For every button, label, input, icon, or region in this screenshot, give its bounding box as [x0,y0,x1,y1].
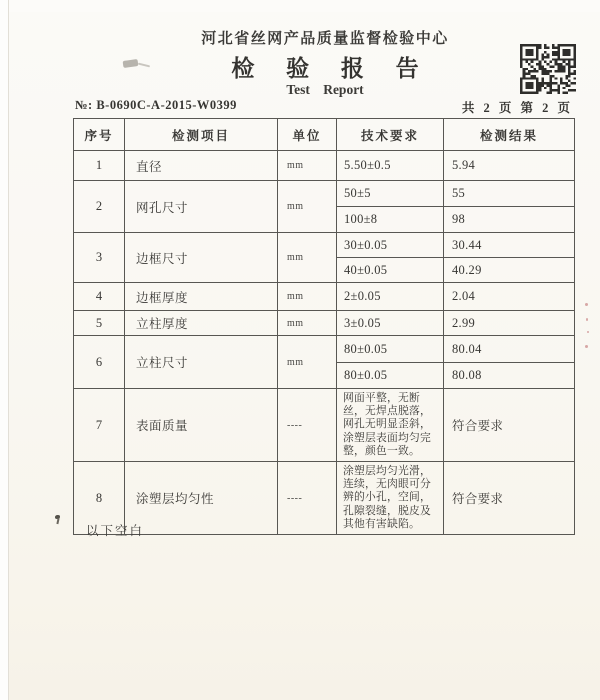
col-header-spec: 技术要求 [337,119,444,151]
red-speck [585,345,588,348]
row-no: 4 [74,283,125,311]
item-name: 表面质量 [125,389,278,462]
result-value: 98 [444,207,575,233]
scan-left-edge [0,0,9,700]
unit-value: ---- [278,462,337,535]
result-value: 5.94 [444,151,575,181]
table-row: 7 表面质量 ---- 网面平整，无断丝，无焊点脱落，网孔无明显歪斜，涂塑层表面… [74,389,575,462]
result-value: 30.44 [444,233,575,258]
table-row: 4 边框厚度 mm 2±0.05 2.04 [74,283,575,311]
unit-value: mm [278,336,337,389]
table-row: 8 涂塑层均匀性 ---- 涂塑层均匀光滑，连续，无肉眼可分辨的小孔，空间，孔隙… [74,462,575,535]
col-header-item: 检测项目 [125,119,278,151]
unit-value: mm [278,283,337,311]
report-number: №: B-0690C-A-2015-W0399 [75,98,237,113]
item-name: 边框厚度 [125,283,278,311]
spec-value: 50±5 [337,181,444,207]
red-speck [586,318,588,321]
item-name: 涂塑层均匀性 [125,462,278,535]
col-header-unit: 单位 [278,119,337,151]
result-value: 符合要求 [444,389,575,462]
item-name: 立柱厚度 [125,311,278,336]
table-header-row: 序号 检测项目 单位 技术要求 检测结果 [74,119,575,151]
spec-value: 3±0.05 [337,311,444,336]
result-value: 符合要求 [444,462,575,535]
table-row: 1 直径 mm 5.50±0.5 5.94 [74,151,575,181]
row-no: 7 [74,389,125,462]
unit-value: mm [278,181,337,233]
item-name: 直径 [125,151,278,181]
scan-top-strip [0,0,600,12]
table-row: 6 立柱尺寸 mm 80±0.05 80.04 [74,336,575,363]
row-no: 1 [74,151,125,181]
unit-value: mm [278,311,337,336]
result-value: 2.99 [444,311,575,336]
item-name: 网孔尺寸 [125,181,278,233]
table-row: 5 立柱厚度 mm 3±0.05 2.99 [74,311,575,336]
spec-value: 80±0.05 [337,363,444,389]
spec-value: 30±0.05 [337,233,444,258]
row-no: 3 [74,233,125,283]
row-no: 2 [74,181,125,233]
pen-mark [53,514,61,524]
result-value: 40.29 [444,258,575,283]
spec-value: 100±8 [337,207,444,233]
item-name: 边框尺寸 [125,233,278,283]
unit-value: ---- [278,389,337,462]
item-name: 立柱尺寸 [125,336,278,389]
pen-mark-stem [56,518,59,524]
report-title: 检 验 报 告 [75,50,575,83]
col-header-no: 序号 [74,119,125,151]
scanned-paper: 河北省丝网产品质量监督检验中心 检 验 报 告 Test Report №: B… [0,0,600,700]
spec-value: 涂塑层均匀光滑，连续，无肉眼可分辨的小孔，空间，孔隙裂缝，脱皮及其他有害缺陷。 [337,462,444,535]
result-value: 80.04 [444,336,575,363]
result-value: 80.08 [444,363,575,389]
table-row: 3 边框尺寸 mm 30±0.05 30.44 [74,233,575,258]
qr-code-icon [520,44,576,94]
row-no: 6 [74,336,125,389]
spec-value: 网面平整，无断丝，无焊点脱落，网孔无明显歪斜，涂塑层表面均匀完整，颜色一致。 [337,389,444,462]
test-result-table: 序号 检测项目 单位 技术要求 检测结果 1 直径 mm 5.50±0.5 5.… [73,118,574,535]
row-no: 5 [74,311,125,336]
below-blank-note: 以下空白 [86,521,144,539]
unit-value: mm [278,233,337,283]
unit-value: mm [278,151,337,181]
organization-name: 河北省丝网产品质量监督检验中心 [75,27,575,48]
report-subtitle-english: Test Report [75,82,575,98]
result-value: 2.04 [444,283,575,311]
table-row: 2 网孔尺寸 mm 50±5 55 [74,181,575,207]
spec-value: 80±0.05 [337,336,444,363]
result-value: 55 [444,181,575,207]
page-info: 共 2 页 第 2 页 [462,98,573,116]
red-speck [587,331,589,333]
col-header-result: 检测结果 [444,119,575,151]
spec-value: 5.50±0.5 [337,151,444,181]
spec-value: 2±0.05 [337,283,444,311]
red-speck [585,303,588,306]
spec-value: 40±0.05 [337,258,444,283]
